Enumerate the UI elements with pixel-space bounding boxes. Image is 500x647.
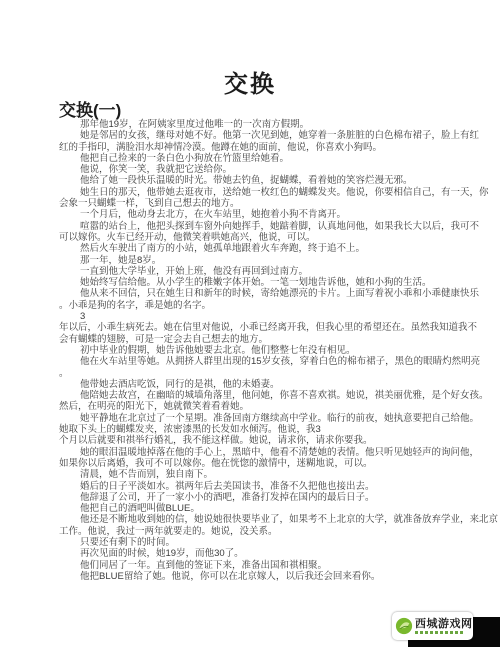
text-line: 工作。他说，我过一两年就要走的。她说，没关系。	[59, 526, 475, 537]
text-line: 他从来不回信，只在她生日和新年的时候，寄给她漂亮的卡片。上面写着祝小乖和小乖健康…	[59, 288, 475, 299]
text-line: 然后火车驶出了南方的小站，她孤单地跟着火车奔跑，终于追不上。	[59, 243, 475, 254]
section-heading: 交换(一)	[59, 96, 121, 121]
text-line: 他在火车站里等她。从拥挤人群里出现的15岁女孩，穿着白色的棉布裙子，黑色的眼睛灼…	[59, 356, 475, 367]
text-line: 她生日的那天，他带她去逛夜市，送给她一枚红色的蝴蝶发夹。他说，你要相信自己，有一…	[59, 187, 475, 198]
text-line: 他带她去酒店吃饭，同行的是祺，他的未婚妻。	[59, 379, 475, 390]
text-line: 一直到他大学毕业，开始上班，他没有再回到过南方。	[59, 266, 475, 277]
text-line: 可以嫁你。火车已经开动，他微笑着哄她高兴，他说，可以。	[59, 232, 475, 243]
story-text: 那年他19岁，在阿姨家里度过他唯一的一次南方假期。她是邻居的女孩，继母对她不好。…	[59, 119, 475, 582]
text-line: 只要还有剩下的时间。	[59, 537, 475, 548]
text-line: 她始终写信给他。从小学生的稚嫩字体开始。一笔一划地告诉他，她和小狗的生活。	[59, 277, 475, 288]
text-line: 一个月后，他动身去北方，在火车站里，她抱着小狗不肯离开。	[59, 209, 475, 220]
watermark-site-name: 西城游戏网	[415, 618, 473, 630]
text-line: 他说，你笑一笑，我就把它送给你。	[59, 164, 475, 175]
text-line: 个月以后就要和祺举行婚礼，我不能这样做。她说，请求你，请求你要我。	[59, 435, 475, 446]
text-line: 他陪她去故宫，在幽暗的城墙角落里，他问她，你喜不喜欢祺。她说，祺美丽优雅，是个好…	[59, 390, 475, 401]
text-line: 清晨，她不告而别，独自南下。	[59, 469, 475, 480]
text-line: 她平静地在北京过了一个星期。准备回南方继续高中学业。临行的前夜，她执意要把自己给…	[59, 413, 475, 424]
text-line: 他把BLUE留给了她。他说，你可以在北京嫁人，以后我还会回来看你。	[59, 571, 475, 582]
text-line: 她是邻居的女孩，继母对她不好。他第一次见到她，她穿着一条脏脏的白色棉布裙子，脸上…	[59, 130, 475, 141]
text-line: 她取下头上的蝴蝶发夹，浓密漆黑的长发如水倾泻。他说，我3	[59, 424, 475, 435]
text-line: 年以后，小乖生病死去。她在信里对他说，小乖已经离开我，但我心里的希望还在。虽然我…	[59, 322, 475, 333]
text-line: 会象一只蝴蝶一样，飞到自己想去的地方。	[59, 198, 475, 209]
text-line: 他们同居了一年。直到他的签证下来，准备出国和祺相聚。	[59, 560, 475, 571]
text-line: 他把自己的酒吧叫做BLUE。	[59, 503, 475, 514]
text-line: 再次见面的时候，她19岁，而他30了。	[59, 548, 475, 559]
page-title: 交换	[0, 64, 500, 99]
text-line: 那年他19岁，在阿姨家里度过他唯一的一次南方假期。	[59, 119, 475, 130]
text-line: 然后，在明亮的阳光下，她就微笑着看着她。	[59, 401, 475, 412]
text-line: 如果你以后离婚，我可不可以嫁你。他在恍惚的激情中，迷糊地说，可以。	[59, 458, 475, 469]
text-line: 。	[59, 368, 475, 379]
text-line: 他辞退了公司，开了一家小小的酒吧，准备打发掉在国内的最后日子。	[59, 492, 475, 503]
text-line: 他给了她一段快乐温暖的时光。带她去钓鱼，捉蝴蝶，看着她的笑容烂漫无邪。	[59, 175, 475, 186]
text-line: 那一年，她是8岁。	[59, 255, 475, 266]
text-line: 她的眼泪温暖地掉落在他的手心上，黑暗中，他看不清楚她的表情。他只听见她轻声的询问…	[59, 447, 475, 458]
xicheng-logo-icon	[395, 617, 413, 635]
text-line: 。小乖是狗的名字，乖是她的名字。	[59, 300, 475, 311]
text-line: 他还是不断地收到她的信，她说她很快要毕业了，如果考不上北京的大学，就准备放弃学业…	[59, 514, 475, 525]
text-line: 会有蝴蝶的翅膀，可是一定会去自己想去的地方。	[59, 334, 475, 345]
text-line: 红的手指印，满脸泪水却神情冷漠。他蹲在她的面前，他说，你喜欢小狗吗。	[59, 142, 475, 153]
text-line: 初中毕业的假期，她告诉他她要去北京。他们整整七年没有相见。	[59, 345, 475, 356]
text-line: 他把自己捡来的一条白色小狗放在竹篮里给她看。	[59, 153, 475, 164]
text-line: 3	[59, 311, 475, 322]
text-line: 婚后的日子平淡如水。祺两年后去美国读书，准备不久把他也接出去。	[59, 481, 475, 492]
text-line: 喧嚣的站台上，他把头探到车窗外向她挥手，她踮着脚，认真地问他，如果我长大以后，我…	[59, 221, 475, 232]
watermark-chip[interactable]: 西城游戏网	[392, 612, 473, 640]
watermark-subtext-line	[415, 631, 465, 634]
